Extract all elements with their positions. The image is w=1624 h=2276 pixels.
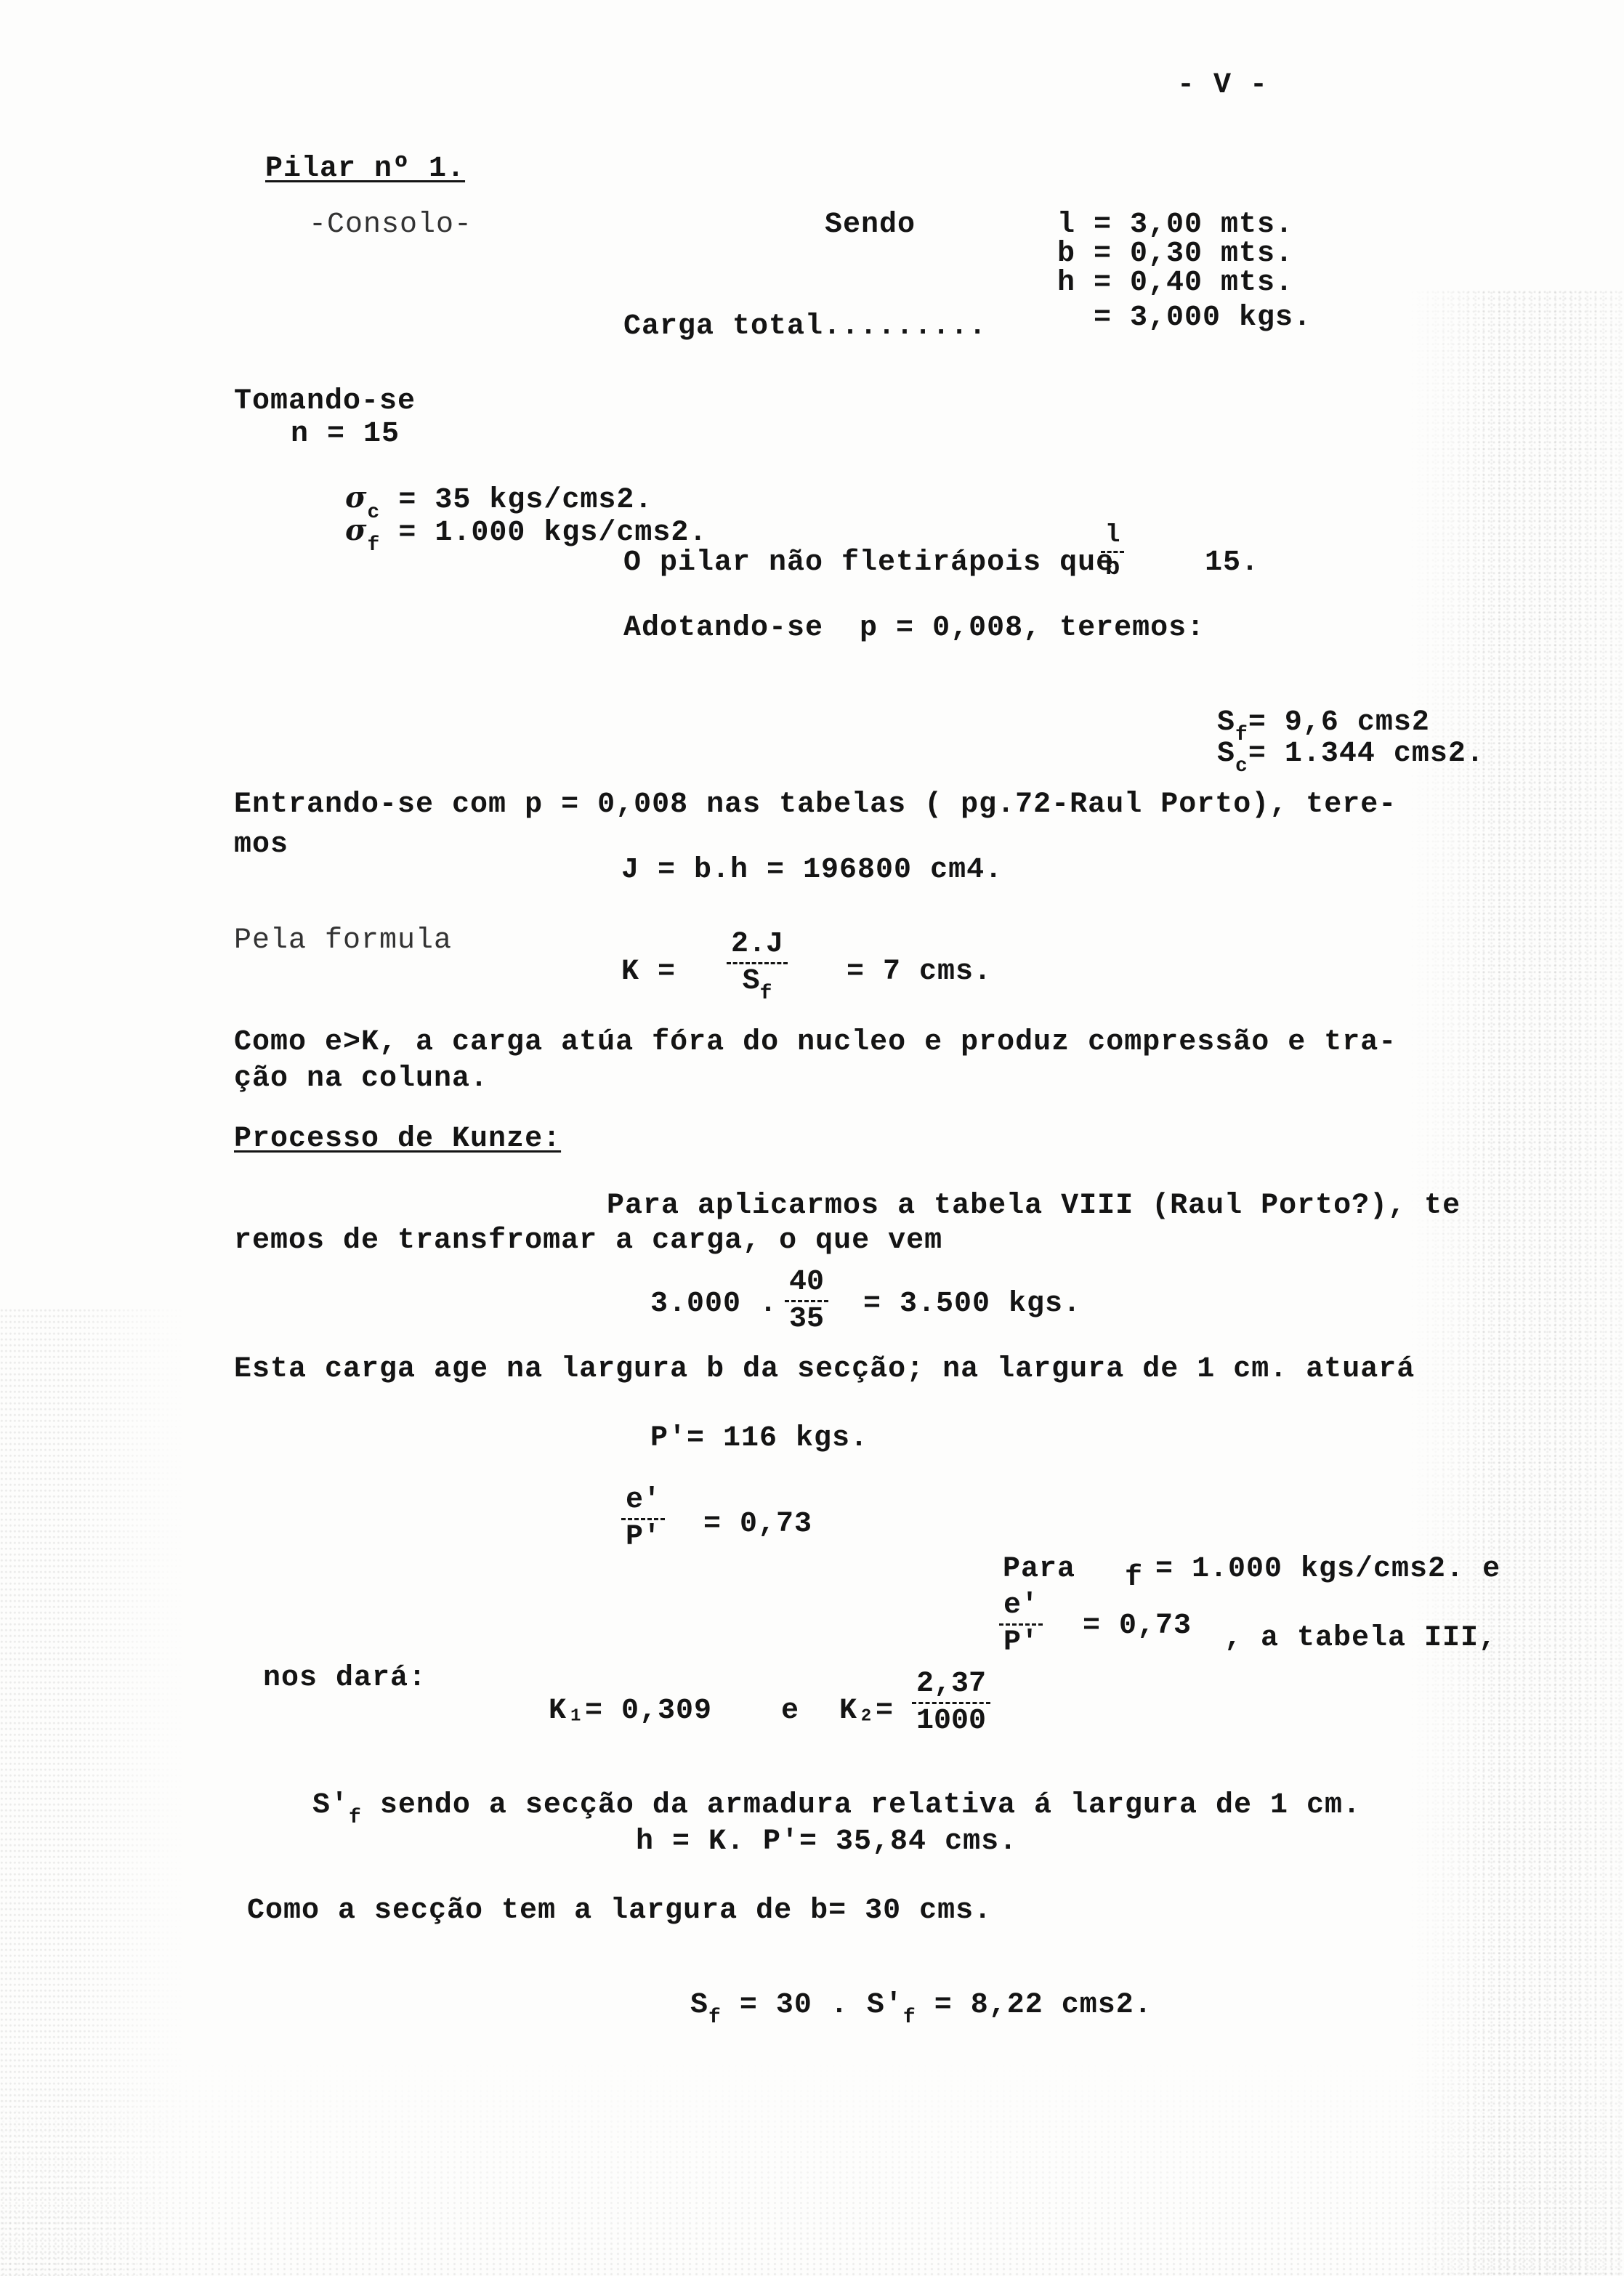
kunze-heading: Processo de Kunze:	[234, 1125, 561, 1154]
fraction-numerator: 2.J	[727, 930, 788, 959]
given-symbol: l	[1057, 211, 1075, 240]
fraction-bar	[621, 1518, 665, 1520]
fraction-bar	[727, 962, 788, 964]
k-formula-fraction: 2.J Sf	[727, 930, 788, 1004]
l-over-b-fraction: l b	[1101, 523, 1124, 581]
page-number: - V -	[1177, 71, 1268, 100]
scan-noise-bottom	[0, 2058, 1624, 2276]
sf-text: sendo a secção da armadura relativa á la…	[362, 1789, 1361, 1822]
fraction-denominator: Sf	[738, 967, 777, 1004]
nos-dara: nos dará:	[263, 1664, 427, 1693]
para-label: Para	[1003, 1555, 1075, 1584]
sigma-f-value: = 1.000 kgs/cms2.	[398, 517, 707, 549]
fraction-denominator: P′	[999, 1629, 1043, 1658]
k2-lhs: K₂=	[839, 1697, 894, 1726]
para-symbol: f	[1125, 1564, 1143, 1593]
para-value: = 1.000 kgs/cms2. e	[1155, 1555, 1500, 1584]
adopt-line: Adotando-se p = 0,008, teremos:	[623, 614, 1205, 643]
sf-subscript: f	[349, 1807, 362, 1829]
fraction-denominator: 35	[785, 1305, 828, 1334]
table-iii-ref: , a tabela III,	[1224, 1624, 1497, 1653]
total-load-label: Carga total.........	[623, 312, 987, 342]
final-mid-subscript: f	[903, 2006, 916, 2029]
tables-line-1: Entrando-se com p = 0,008 nas tabelas ( …	[234, 791, 1397, 820]
width-line: Esta carga age na largura b da secção; n…	[234, 1355, 1415, 1384]
kunze-line-1: Para aplicarmos a tabela VIII (Raul Port…	[607, 1192, 1461, 1221]
fraction-bar	[999, 1623, 1043, 1626]
fraction-numerator: 40	[785, 1268, 828, 1297]
core-line-1: Como e>K, a carga atúa fóra do nucleo e …	[234, 1028, 1397, 1057]
ratio-e-p-value: = 0,73	[703, 1510, 812, 1539]
fraction-bar	[785, 1300, 828, 1302]
page-heading: Pilar nº 1.	[265, 155, 465, 184]
assumptions-label: Tomando-se	[234, 387, 416, 416]
subheading: -Consolo-	[309, 211, 472, 240]
k-formula-lhs: K =	[621, 958, 676, 987]
scan-noise-right	[1406, 291, 1624, 2276]
tables-line-2: mos	[234, 831, 288, 860]
fraction-denominator: 1000	[912, 1707, 990, 1736]
given-symbol: h	[1057, 269, 1075, 298]
den-subscript: f	[760, 982, 772, 1005]
total-load-value: = 3,000 kgs.	[1094, 304, 1312, 333]
n-value: n = 15	[291, 420, 400, 449]
h-line: h = K. P′= 35,84 cms.	[636, 1828, 1017, 1857]
fraction-numerator: e′	[621, 1486, 665, 1515]
scanned-page: - V - Pilar nº 1. -Consolo- Sendo l = 3,…	[0, 0, 1624, 2276]
formula-label: Pela formula	[234, 927, 452, 956]
p-prime-line: P′= 116 kgs.	[650, 1424, 868, 1453]
given-value: = 3,00 mts.	[1094, 211, 1293, 240]
fraction-numerator: l	[1101, 523, 1124, 548]
fraction-denominator: b	[1101, 556, 1124, 581]
section-value: = 1.344 cms2.	[1248, 738, 1484, 770]
sf-symbol: S′	[312, 1789, 349, 1822]
fraction-denominator: P′	[621, 1523, 665, 1552]
section-symbol: S	[1217, 738, 1235, 770]
given-value: = 0,40 mts.	[1094, 269, 1293, 298]
final-rhs: = 8,22 cms2.	[934, 1989, 1152, 2022]
fraction-numerator: e′	[999, 1591, 1043, 1621]
k2-fraction: 2,37 1000	[912, 1670, 990, 1736]
buckling-after: 15.	[1205, 549, 1259, 578]
k-conjunction: e	[781, 1697, 799, 1726]
final-lhs-subscript: f	[708, 2006, 722, 2029]
ratio-e-p-value-2: = 0,73	[1083, 1612, 1192, 1641]
transform-rhs: = 3.500 kgs.	[863, 1290, 1081, 1319]
ratio-e-p-fraction: e′ P′	[621, 1486, 665, 1552]
ratio-e-p-fraction-2: e′ P′	[999, 1591, 1043, 1658]
given-value: = 0,30 mts.	[1094, 240, 1293, 269]
final-line: Sf = 30 . S′f = 8,22 cms2.	[618, 1962, 1152, 2057]
k1-value: K₁= 0,309	[549, 1697, 712, 1726]
givens-label: Sendo	[825, 211, 916, 240]
sigma-symbol: σ	[345, 513, 368, 547]
width-b-line: Como a secção tem a largura de b= 30 cms…	[247, 1897, 992, 1926]
transform-fraction: 40 35	[785, 1268, 828, 1334]
inertia-line: J = b.h = 196800 cm4.	[621, 856, 1003, 885]
final-mid: = 30 . S′	[740, 1989, 903, 2022]
k-formula-rhs: = 7 cms.	[847, 958, 992, 987]
den-symbol: S	[743, 965, 760, 998]
given-symbol: b	[1057, 240, 1075, 269]
fraction-numerator: 2,37	[912, 1670, 990, 1699]
buckling-text: O pilar não fletirápois que	[623, 549, 1114, 578]
fraction-bar	[1101, 551, 1124, 553]
section-subscript: c	[1235, 755, 1248, 778]
kunze-line-2: remos de transfromar a carga, o que vem	[234, 1227, 942, 1256]
final-lhs-symbol: S	[690, 1989, 708, 2022]
core-line-2: ção na coluna.	[234, 1065, 488, 1094]
fraction-bar	[912, 1702, 990, 1704]
sigma-subscript: f	[368, 534, 381, 557]
transform-lhs: 3.000 .	[650, 1290, 777, 1319]
